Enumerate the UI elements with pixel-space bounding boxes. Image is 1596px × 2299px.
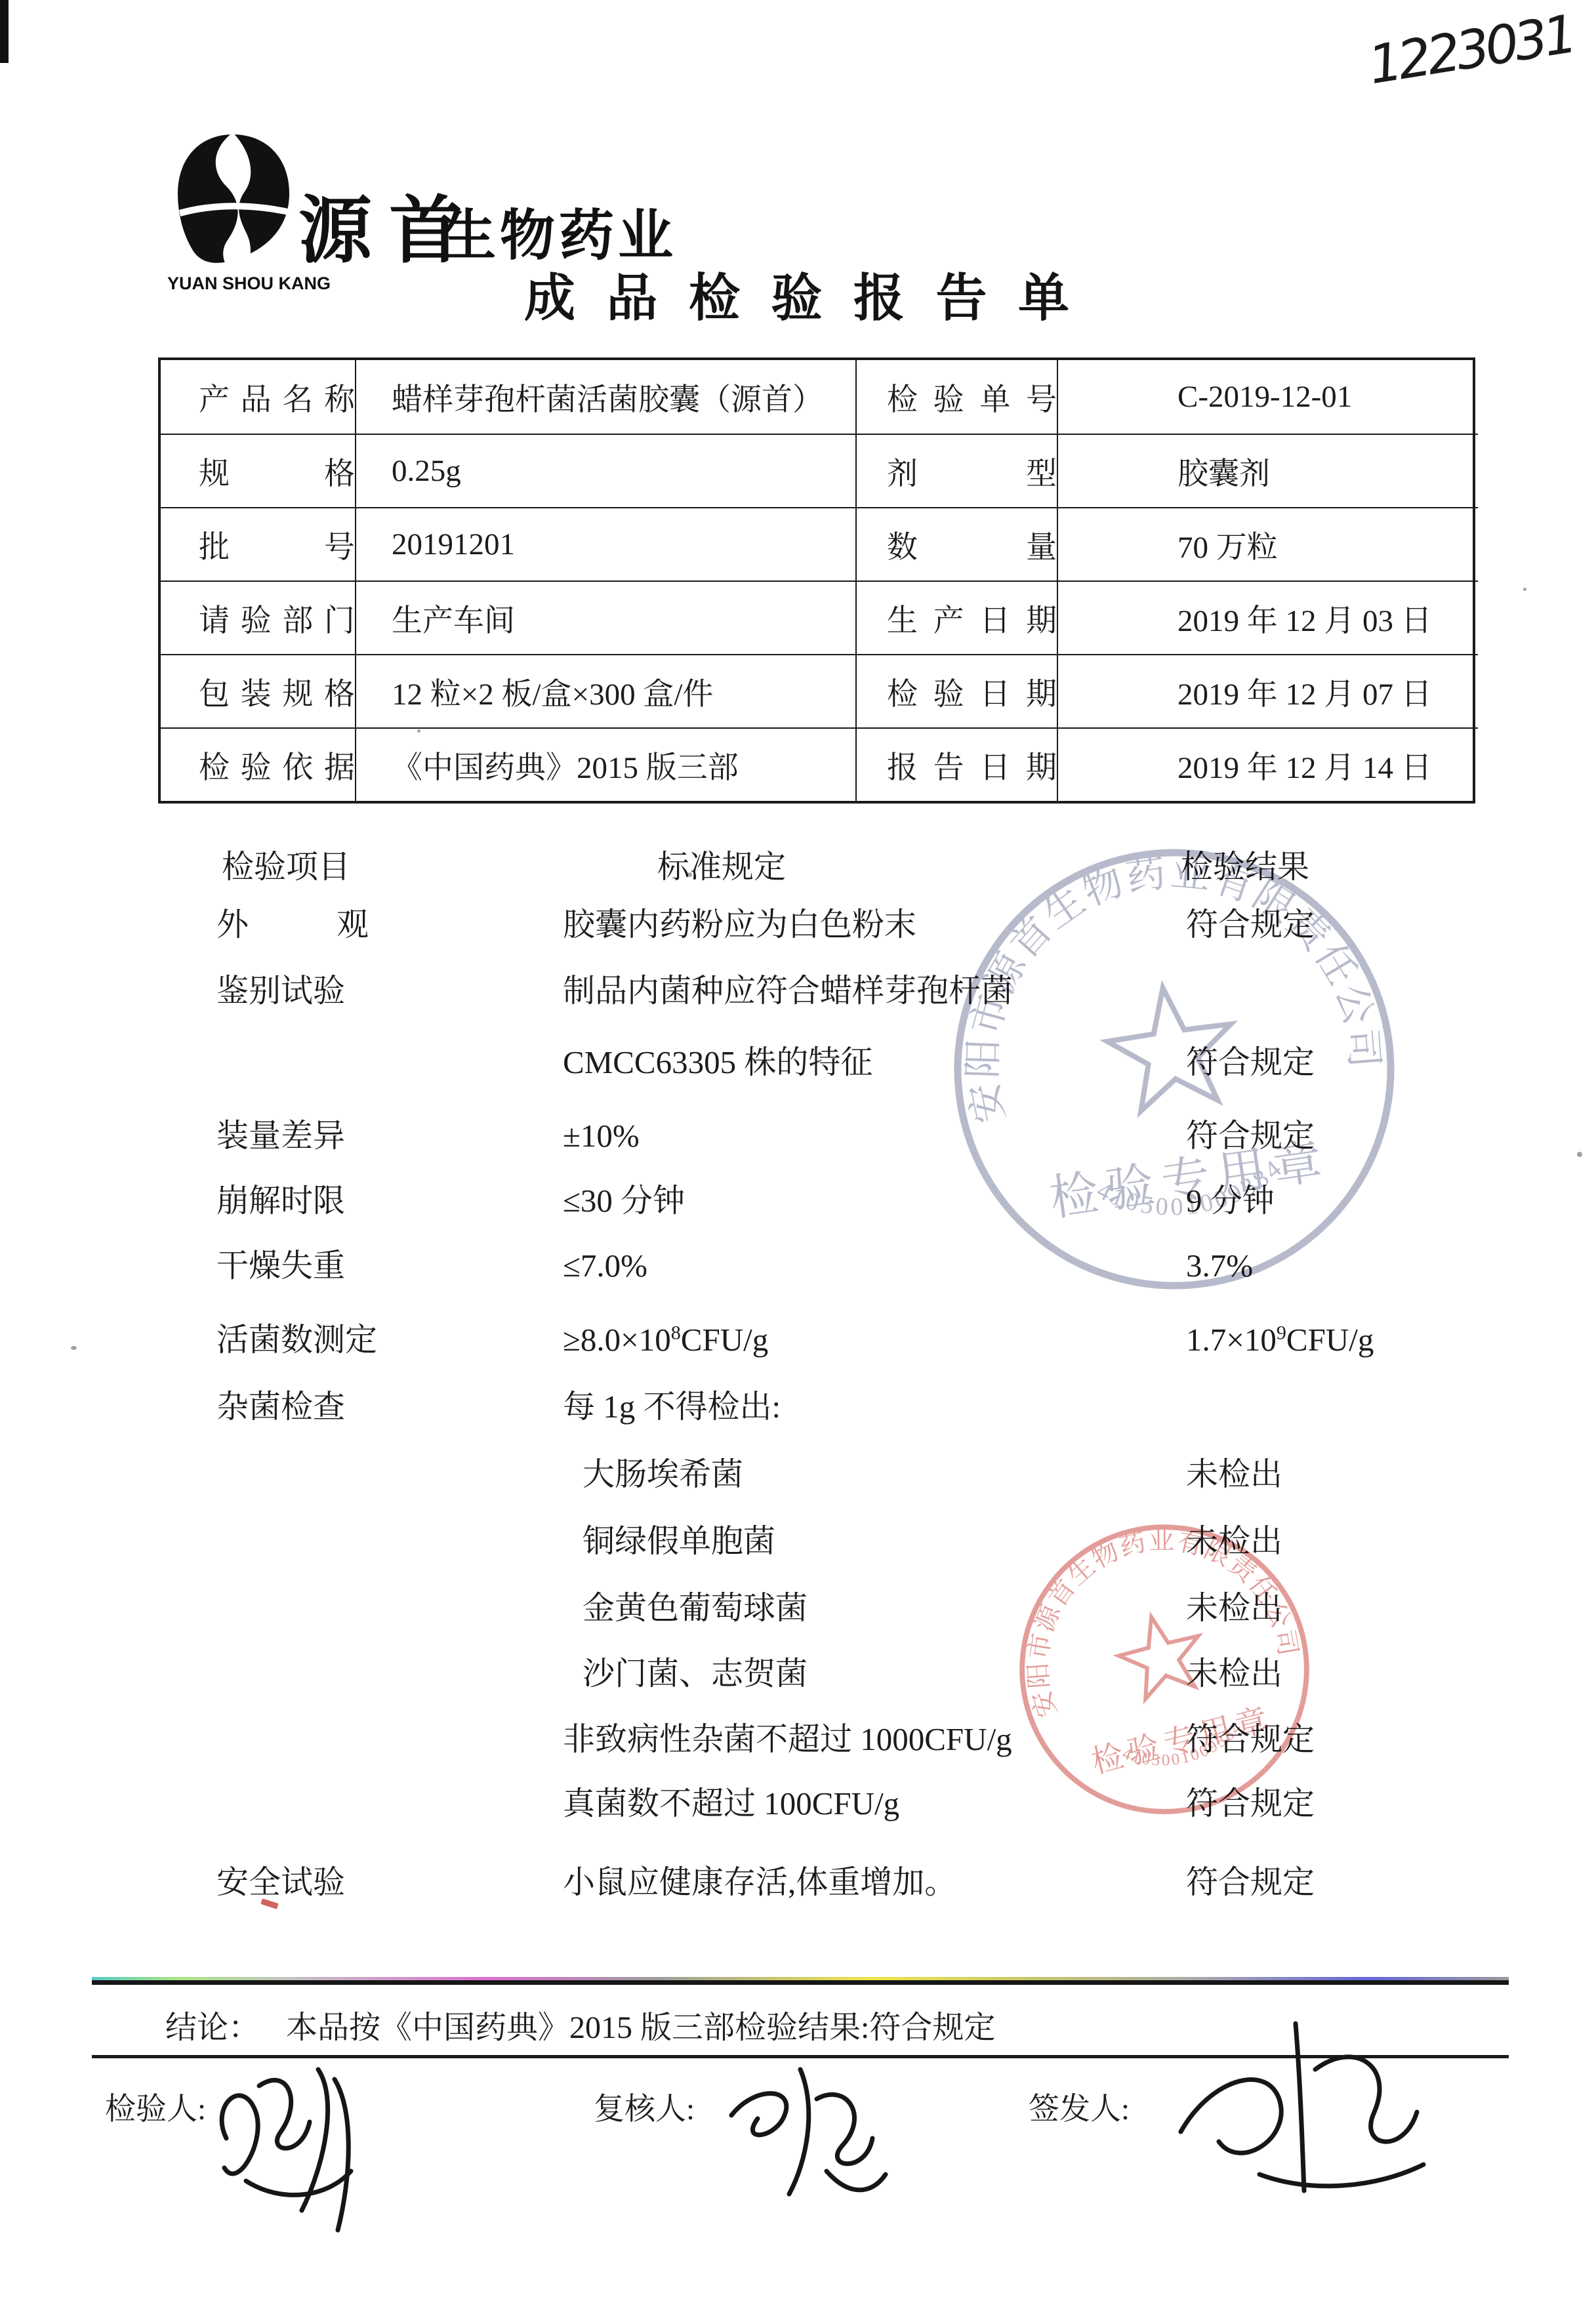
info-label: 数量: [855, 507, 1057, 580]
info-label: 批号: [161, 507, 355, 580]
item-result: 符合规定: [1186, 1783, 1315, 1825]
item-standard: CMCC63305 株的特征: [563, 1042, 872, 1084]
item-result: 符合规定: [1186, 1862, 1315, 1903]
item-standard: 大肠埃希菌: [583, 1454, 743, 1495]
info-value-text: 0.25g: [392, 453, 461, 489]
info-label-text: 包装规格: [199, 670, 355, 714]
info-label-text: 检验日期: [887, 670, 1057, 714]
item-result: 符合规定: [1186, 1042, 1315, 1084]
info-value: 蜡样芽孢杆菌活菌胶囊（源首）: [355, 360, 855, 434]
info-value-text: 2019 年 12 月 03 日: [1177, 596, 1432, 640]
info-value-text: 12 粒×2 板/盒×300 盒/件: [392, 670, 713, 714]
info-label-text: 检验单号: [887, 375, 1057, 419]
info-value: 胶囊剂: [1057, 434, 1478, 507]
inspection-item-row: 非致病性杂菌不超过 1000CFU/g符合规定: [0, 1719, 1596, 1760]
item-result-part: 9: [1277, 1322, 1286, 1344]
items-header-item: 检验项目: [222, 842, 350, 887]
inspection-item-row: 活菌数测定≥8.0×108CFU/g1.7×109CFU/g: [0, 1319, 1596, 1361]
item-result: 未检出: [1186, 1454, 1282, 1495]
info-value-text: 《中国药典》2015 版三部: [392, 743, 739, 787]
info-value: 0.25g: [355, 434, 855, 507]
item-result: 9 分钟: [1186, 1180, 1275, 1222]
item-name-text: 外观: [216, 904, 369, 946]
item-result: 符合规定: [1186, 1719, 1315, 1760]
inspection-item-row: 铜绿假单胞菌未检出: [0, 1520, 1596, 1562]
item-standard: 胶囊内药粉应为白色粉末: [563, 904, 916, 946]
product-info-table: 产品名称蜡样芽孢杆菌活菌胶囊（源首）检验单号C-2019-12-01规格0.25…: [158, 357, 1475, 804]
inspection-item-row: CMCC63305 株的特征符合规定: [0, 1042, 1596, 1084]
info-value-text: 20191201: [392, 527, 515, 562]
item-result-part: 1.7×10: [1186, 1322, 1277, 1358]
item-result: 符合规定: [1186, 904, 1315, 946]
item-name: 装量差异: [216, 1115, 345, 1157]
info-label-text: 报告日期: [887, 743, 1057, 787]
issuer-signature: [1161, 2007, 1443, 2224]
info-label: 产品名称: [161, 360, 355, 434]
item-standard: 金黄色葡萄球菌: [583, 1587, 808, 1629]
reviewer-signature: [712, 2046, 909, 2243]
info-value-text: 70 万粒: [1177, 523, 1278, 567]
inspector-signature: [197, 2040, 413, 2256]
item-result: 未检出: [1186, 1653, 1282, 1695]
info-value-text: 生产车间: [392, 596, 515, 640]
inspection-item-row: 杂菌检查每 1g 不得检出:: [0, 1386, 1596, 1428]
item-standard: ≤30 分钟: [563, 1180, 685, 1222]
item-standard: ≤7.0%: [563, 1245, 647, 1287]
scan-corner-mark: [0, 0, 9, 63]
divider-top: [92, 1977, 1509, 1985]
item-result: 未检出: [1186, 1587, 1282, 1629]
info-label-text: 检验依据: [199, 743, 355, 787]
item-name: 干燥失重: [216, 1245, 345, 1287]
info-value-text: 2019 年 12 月 14 日: [1177, 743, 1432, 787]
info-label: 报告日期: [855, 727, 1057, 801]
page-title: 成 品 检 验 报 告 单: [0, 257, 1596, 331]
info-label: 检验依据: [161, 727, 355, 801]
item-name: 活菌数测定: [216, 1319, 377, 1361]
item-standard: 制品内菌种应符合蜡样芽孢杆菌: [563, 970, 1013, 1012]
item-name: 杂菌检查: [216, 1386, 345, 1428]
items-header-standard: 标准规定: [657, 842, 786, 887]
inspection-item-row: 崩解时限≤30 分钟9 分钟: [0, 1180, 1596, 1222]
scan-speck: [1523, 588, 1526, 591]
inspection-item-row: 鉴别试验制品内菌种应符合蜡样芽孢杆菌: [0, 970, 1596, 1012]
info-label-text: 请验部门: [199, 596, 355, 640]
info-label-text: 批号: [199, 523, 355, 567]
item-standard: 真菌数不超过 100CFU/g: [563, 1783, 899, 1825]
issuer-label: 签发人:: [1029, 2085, 1130, 2128]
info-label-text: 数量: [887, 523, 1057, 567]
reviewer-label: 复核人:: [594, 2085, 695, 2128]
info-value-text: 2019 年 12 月 07 日: [1177, 670, 1432, 714]
inspection-item-row: 装量差异±10%符合规定: [0, 1115, 1596, 1157]
inspection-report-page: 1223031 YUAN SHOU KANG 源首 生物药业 成 品 检 验 报…: [0, 0, 1596, 2299]
info-value: 12 粒×2 板/盒×300 盒/件: [355, 654, 855, 727]
info-value-text: 蜡样芽孢杆菌活菌胶囊（源首）: [392, 375, 823, 419]
inspection-item-row: 大肠埃希菌未检出: [0, 1454, 1596, 1495]
item-result: 3.7%: [1186, 1245, 1253, 1287]
inspection-item-row: 干燥失重≤7.0%3.7%: [0, 1245, 1596, 1287]
info-value: 20191201: [355, 507, 855, 580]
info-label: 生产日期: [855, 580, 1057, 654]
info-label-text: 生产日期: [887, 596, 1057, 640]
info-label: 剂型: [855, 434, 1057, 507]
item-result: 符合规定: [1186, 1115, 1315, 1157]
item-standard: 沙门菌、志贺菌: [583, 1653, 808, 1695]
inspection-item-row: 外观胶囊内药粉应为白色粉末符合规定: [0, 904, 1596, 946]
inspection-item-row: 金黄色葡萄球菌未检出: [0, 1587, 1596, 1629]
info-label: 检验日期: [855, 654, 1057, 727]
info-label-text: 规格: [199, 449, 355, 493]
inspector-label: 检验人:: [105, 2085, 206, 2128]
inspection-item-row: 安全试验小鼠应健康存活,体重增加。符合规定: [0, 1862, 1596, 1903]
item-standard-part: CFU/g: [681, 1322, 768, 1358]
info-value-text: C-2019-12-01: [1177, 379, 1352, 415]
info-value: 2019 年 12 月 07 日: [1057, 654, 1478, 727]
handwritten-doc-number: 1223031: [1364, 2, 1587, 96]
info-value: 70 万粒: [1057, 507, 1478, 580]
item-name: 外观: [216, 904, 369, 946]
info-value: 2019 年 12 月 14 日: [1057, 727, 1478, 801]
item-name: 鉴别试验: [216, 970, 345, 1012]
item-name: 崩解时限: [216, 1180, 345, 1222]
info-value: 2019 年 12 月 03 日: [1057, 580, 1478, 654]
info-label: 请验部门: [161, 580, 355, 654]
item-result-part: CFU/g: [1286, 1322, 1374, 1358]
info-label-text: 产品名称: [199, 375, 355, 419]
item-standard-part: 8: [671, 1322, 681, 1344]
info-label: 规格: [161, 434, 355, 507]
item-standard: 铜绿假单胞菌: [583, 1520, 775, 1562]
info-label-text: 剂型: [887, 449, 1057, 493]
item-standard: 非致病性杂菌不超过 1000CFU/g: [563, 1719, 1012, 1760]
info-value-text: 胶囊剂: [1177, 449, 1270, 493]
inspection-item-row: 沙门菌、志贺菌未检出: [0, 1653, 1596, 1695]
item-standard: ≥8.0×108CFU/g: [563, 1319, 768, 1361]
item-standard: 小鼠应健康存活,体重增加。: [563, 1862, 956, 1903]
info-value: C-2019-12-01: [1057, 360, 1478, 434]
item-result: 未检出: [1186, 1520, 1282, 1562]
info-label: 包装规格: [161, 654, 355, 727]
item-standard-part: ≥8.0×10: [563, 1322, 671, 1358]
item-standard: 每 1g 不得检出:: [563, 1386, 781, 1428]
info-value: 生产车间: [355, 580, 855, 654]
item-name: 安全试验: [216, 1862, 345, 1903]
item-standard: ±10%: [563, 1115, 640, 1157]
info-value: 《中国药典》2015 版三部: [355, 727, 855, 801]
items-header-result: 检验结果: [1181, 842, 1309, 887]
info-label: 检验单号: [855, 360, 1057, 434]
inspection-item-row: 真菌数不超过 100CFU/g符合规定: [0, 1783, 1596, 1825]
item-result: 1.7×109CFU/g: [1186, 1319, 1374, 1361]
